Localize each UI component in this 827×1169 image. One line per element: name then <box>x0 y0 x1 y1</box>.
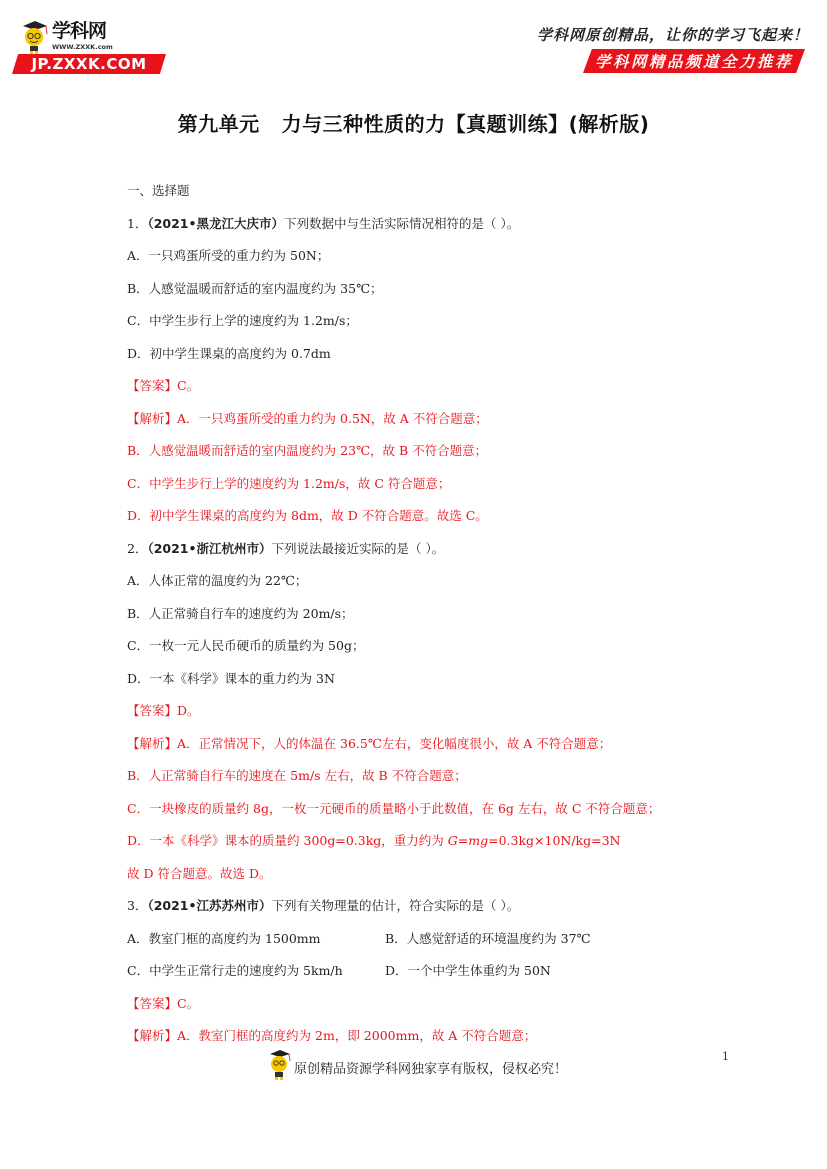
page-title: 第九单元力与三种性质的力【真题训练】(解析版) <box>0 108 827 137</box>
question-1-analysis-c: C．中学生步行上学的速度约为 1.2m/s，故 C 符合题意； <box>127 476 450 492</box>
logo-row: 学科网 WWW.ZXXK.com <box>20 20 113 54</box>
recommend-banner-text: 学科网精品频道全力推荐 <box>595 50 793 72</box>
question-1-stem: 1．（2021•黑龙江大庆市）下列数据中与生活实际情况相符的是（ ）。 <box>127 216 519 232</box>
question-1-option-b: B．人感觉温暖而舒适的室内温度约为 35℃； <box>127 281 383 297</box>
question-2-stem: 2．（2021•浙江杭州市）下列说法最接近实际的是（ ）。 <box>127 541 444 557</box>
question-3-answer: 【答案】C。 <box>127 996 199 1012</box>
slogan-text: 学科网原创精品，让你的学习飞起来！ <box>537 24 809 45</box>
jp-banner[interactable]: JP.ZXXK.COM <box>12 54 166 74</box>
question-3-analysis-a: 【解析】A．教室门框的高度约为 2m，即 2000mm，故 A 不符合题意； <box>127 1028 536 1044</box>
question-1-option-c: C．中学生步行上学的速度约为 1.2m/s； <box>127 313 358 329</box>
section-heading: 一、选择题 <box>127 183 190 199</box>
question-2-analysis-conclusion: 故 D 符合题意。故选 D。 <box>127 866 271 882</box>
site-logo[interactable]: 学科网 WWW.ZXXK.com JP.ZXXK.COM <box>12 18 172 76</box>
recommend-banner: 学科网精品频道全力推荐 <box>583 49 805 73</box>
question-1-option-a: A．一只鸡蛋所受的重力约为 50N； <box>127 248 329 264</box>
question-2-option-d: D．一本《科学》课本的重力约为 3N <box>127 671 335 687</box>
question-1-analysis-d: D．初中学生课桌的高度约为 8dm，故 D 不符合题意。故选 C。 <box>127 508 488 524</box>
footer-mascot-icon <box>268 1049 292 1085</box>
formula-italic: G=mg <box>448 833 488 848</box>
question-2-analysis-b: B．人正常骑自行车的速度在 5m/s 左右，故 B 不符合题意； <box>127 768 467 784</box>
question-3-option-b: B．人感觉舒适的环境温度约为 37℃ <box>385 931 591 947</box>
footer: 原创精品资源学科网独家享有版权，侵权必究！ <box>268 1050 567 1084</box>
question-2-option-a: A．人体正常的温度约为 22℃； <box>127 573 307 589</box>
title-topic: 力与三种性质的力【真题训练】(解析版) <box>282 112 650 136</box>
question-source: （2021•浙江杭州市） <box>147 541 271 556</box>
page-number: 1 <box>722 1050 729 1063</box>
logo-name: 学科网 <box>52 20 113 42</box>
question-2-analysis-c: C．一块橡皮的质量约 8g，一枚一元硬币的质量略小于此数值，在 6g 左右，故 … <box>127 801 660 817</box>
question-source: （2021•江苏苏州市） <box>147 898 271 913</box>
question-2-analysis-d: D．一本《科学》课本的质量约 300g=0.3kg，重力约为 G=mg=0.3k… <box>127 833 621 849</box>
title-unit: 第九单元 <box>178 112 260 136</box>
question-2-option-b: B．人正常骑自行车的速度约为 20m/s； <box>127 606 354 622</box>
question-3-option-d: D．一个中学生体重约为 50N <box>385 963 551 979</box>
logo-url: WWW.ZXXK.com <box>52 43 113 51</box>
question-source: （2021•黑龙江大庆市） <box>147 216 284 231</box>
question-3-options-row-1: A．教室门框的高度约为 1500mm B．人感觉舒适的环境温度约为 37℃ <box>127 931 727 947</box>
question-2-analysis-a: 【解析】A．正常情况下，人的体温在 36.5℃左右，变化幅度很小，故 A 不符合… <box>127 736 611 752</box>
jp-banner-text: JP.ZXXK.COM <box>31 55 146 73</box>
header-slogan-block: 学科网原创精品，让你的学习飞起来！ 学科网精品频道全力推荐 <box>525 20 815 76</box>
question-3-stem: 3．（2021•江苏苏州市）下列有关物理量的估计，符合实际的是（ ）。 <box>127 898 519 914</box>
question-1-analysis-b: B．人感觉温暖而舒适的室内温度约为 23℃，故 B 不符合题意； <box>127 443 487 459</box>
mascot-icon <box>20 20 50 54</box>
question-1-analysis-a: 【解析】A．一只鸡蛋所受的重力约为 0.5N，故 A 不符合题意； <box>127 411 488 427</box>
question-2-answer: 【答案】D。 <box>127 703 200 719</box>
question-1-option-d: D．初中学生课桌的高度约为 0.7dm <box>127 346 331 362</box>
question-1-answer: 【答案】C。 <box>127 378 199 394</box>
copyright-notice: 原创精品资源学科网独家享有版权，侵权必究！ <box>294 1058 567 1077</box>
question-3-options-row-2: C．中学生正常行走的速度约为 5km/h D．一个中学生体重约为 50N <box>127 963 727 979</box>
question-3-option-c: C．中学生正常行走的速度约为 5km/h <box>127 963 343 978</box>
question-3-option-a: A．教室门框的高度约为 1500mm <box>127 931 321 946</box>
question-2-option-c: C．一枚一元人民币硬币的质量约为 50g； <box>127 638 364 654</box>
